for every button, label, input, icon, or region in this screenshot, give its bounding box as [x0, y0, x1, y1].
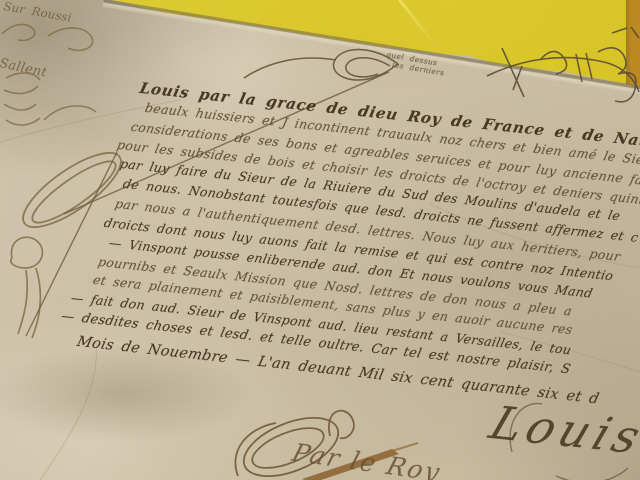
amber-sheet-edge — [626, 0, 640, 96]
photo-of-manuscript: Sur Roussi Sallent quel dessus les derni… — [0, 0, 640, 480]
